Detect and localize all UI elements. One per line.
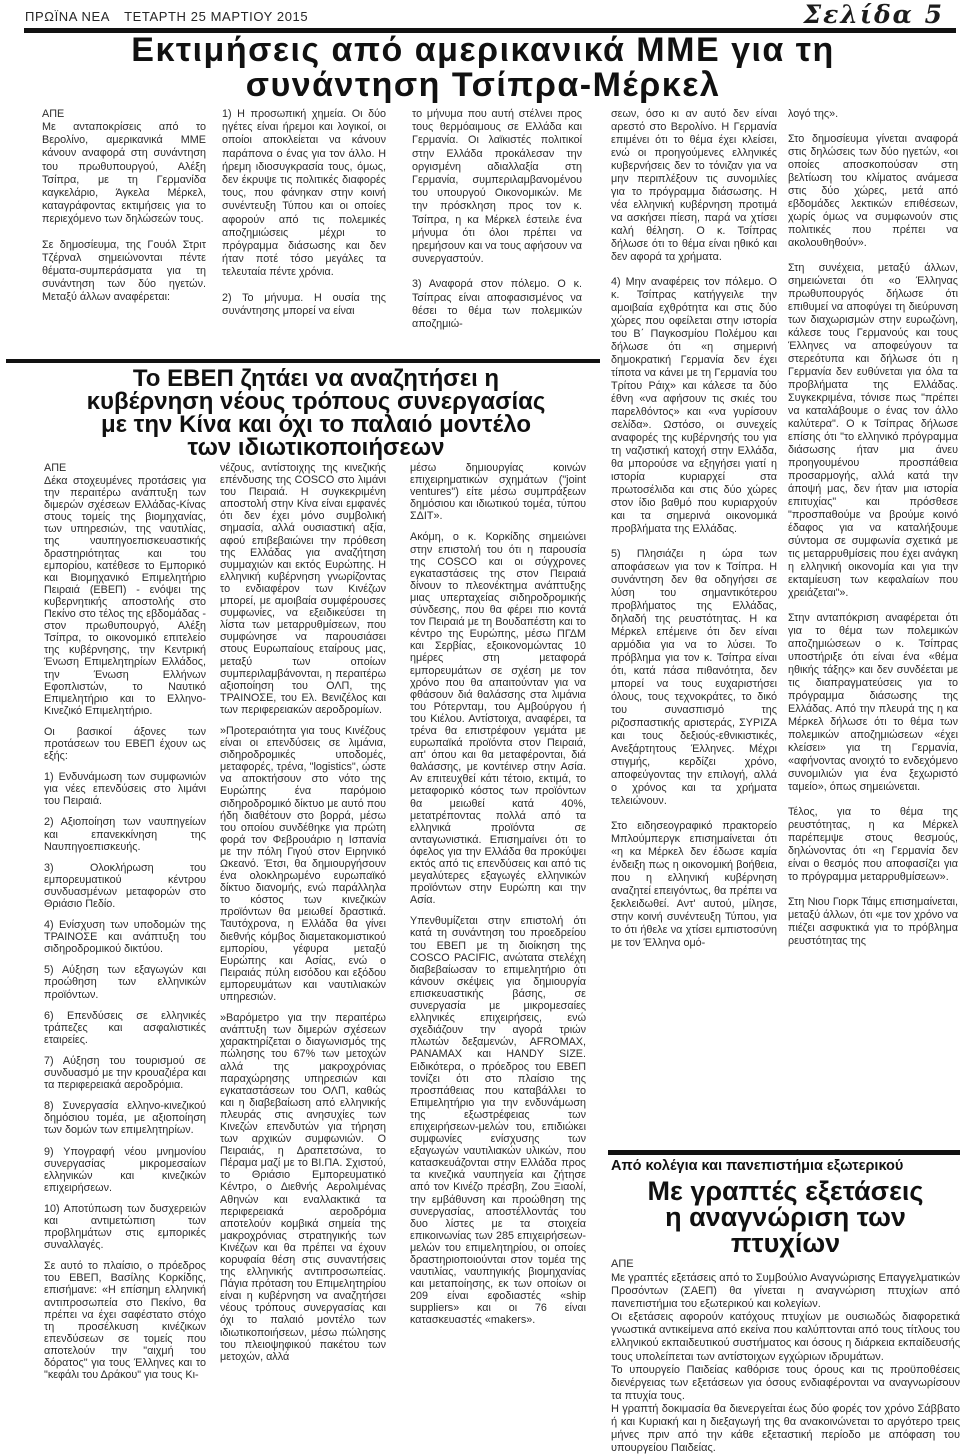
paragraph: λογό της».: [788, 108, 958, 121]
paragraph: Η γραπτή δοκιμασία θα διενεργείται έως δ…: [611, 1403, 960, 1455]
headline-line: η αναγνώριση των: [611, 1204, 960, 1230]
paragraph: Σε δημοσίευμα, της Γουόλ Στριτ Τζέρναλ σ…: [42, 239, 206, 305]
paragraph: 1) Η προσωπική χημεία. Οι δύο ηγέτες είν…: [222, 108, 386, 280]
ebep-column-2-text: νέζους, αντίστοιχης της κινεζικής επένδυ…: [220, 462, 386, 1363]
paragraph: 8) Συνεργασία ελληνο-κινεζικού δημόσιου …: [44, 1100, 206, 1136]
paragraph: 9) Υπογραφή νέου μνημονίου συνεργασίας μ…: [44, 1146, 206, 1194]
headline-line: των ιδιωτικοποιήσεων: [28, 436, 604, 459]
paragraph: Στο δημοσίευμα γίνεται αναφορά στις δηλώ…: [788, 133, 958, 250]
headline-line: κυβέρνηση νέους τρόπους συνεργασίας: [28, 390, 604, 413]
headline-line: Με γραπτές εξετάσεις: [611, 1178, 960, 1204]
headline-line: συνάντηση Τσίπρα-Μέρκελ: [16, 68, 950, 103]
merkel-byline: ΑΠΕ: [42, 108, 206, 121]
diploma-kicker: Από κολέγια και πανεπιστήμια εξωτερικού: [611, 1158, 960, 1174]
paragraph: 4) Ενίσχυση των υποδομών της ΤΡΑΙΝΟΣΕ κα…: [44, 919, 206, 955]
masthead: ΠΡΩΪΝΑ ΝΕΑΤΕΤΑΡΤΗ 25 ΜΑΡΤΙΟΥ 2015: [25, 9, 308, 24]
paragraph: 4) Μην αναφέρεις τον πόλεμο. Ο κ. Τσίπρα…: [611, 276, 777, 536]
merkel-column-1: ΑΠΕ Με ανταποκρίσεις από το Βερολίνο, αμ…: [42, 108, 206, 358]
diploma-body: Με γραπτές εξετάσεις από το Συμβούλιο Αν…: [611, 1272, 960, 1455]
ebep-column-1-text: Δέκα στοχευμένες προτάσεις για την περαι…: [44, 475, 206, 1381]
merkel-column-4: σεων, όσο κι αν αυτό δεν είναι αρεστό στ…: [611, 108, 777, 1148]
newspaper-page: ΠΡΩΪΝΑ ΝΕΑΤΕΤΑΡΤΗ 25 ΜΑΡΤΙΟΥ 2015 Σελίδα…: [0, 0, 960, 1455]
paragraph: 2) Αξιοποίηση των ναυπηγείων και επανεκκ…: [44, 816, 206, 852]
paragraph: νέζους, αντίστοιχης της κινεζικής επένδυ…: [220, 462, 386, 716]
paragraph: Δέκα στοχευμένες προτάσεις για την περαι…: [44, 475, 206, 717]
paragraph: »Βαρόμετρο για την περαιτέρω ανάπτυξη τω…: [220, 1012, 386, 1363]
paragraph: 5) Αύξηση των εξαγωγών και προώθηση των …: [44, 964, 206, 1000]
paragraph: 10) Αποτύπωση των δυσχερειών και αντιμετ…: [44, 1203, 206, 1251]
headline-line: πτυχίων: [611, 1230, 960, 1256]
ebep-column-2: νέζους, αντίστοιχης της κινεζικής επένδυ…: [220, 462, 386, 1455]
paragraph: Στη συνέχεια, μεταξύ άλλων, σημειώνεται …: [788, 262, 958, 600]
paragraph: Με ανταποκρίσεις από το Βερολίνο, αμερικ…: [42, 121, 206, 227]
paragraph: Οι εξετάσεις αφορούν κατόχους πτυχίων με…: [611, 1311, 960, 1363]
ebep-column-3: μέσω δημιουργίας κοινών επιχειρηματικών …: [410, 462, 586, 1455]
merkel-column-2: 1) Η προσωπική χημεία. Οι δύο ηγέτες είν…: [222, 108, 386, 358]
ebep-headline: Το ΕΒΕΠ ζητάει να αναζητήσει ηκυβέρνηση …: [28, 367, 604, 459]
paragraph: μέσω δημιουργίας κοινών επιχειρηματικών …: [410, 462, 586, 522]
paragraph: 3) Ολοκλήρωση του εμπορευματικού κέντρου…: [44, 862, 206, 910]
merkel-column-3-text: το μήνυμα που αυτή στέλνει προς τους θερ…: [412, 108, 582, 331]
headline-line: με την Κίνα και όχι το παλαιό μοντέλο: [28, 413, 604, 436]
paragraph: Το υπουργείο Παιδείας καθόρισε τους όρου…: [611, 1364, 960, 1403]
merkel-headline: Εκτιμήσεις από αμερικανικά ΜΜΕ για τησυν…: [16, 33, 950, 103]
diploma-byline: ΑΠΕ: [611, 1258, 634, 1270]
diploma-headline: Με γραπτές εξετάσειςη αναγνώριση τωνπτυχ…: [611, 1178, 960, 1256]
paragraph: 7) Αύξηση του τουρισμού σε συνδυασμό με …: [44, 1055, 206, 1091]
paragraph: 5) Πλησιάζει η ώρα των αποφάσεων για τον…: [611, 548, 777, 808]
paragraph: Στην ανταπόκριση αναφέρεται ότι για το θ…: [788, 612, 958, 794]
diploma-section-rule: [608, 1150, 960, 1155]
merkel-column-5-text: λογό της».Στο δημοσίευμα γίνεται αναφορά…: [788, 108, 958, 948]
paragraph: Υπενθυμίζεται στην επιστολή ότι κατά τη …: [410, 915, 586, 1326]
masthead-brand: ΠΡΩΪΝΑ ΝΕΑ: [25, 9, 110, 24]
paragraph: Τέλος, για το θέμα της ρευστότητας, η κα…: [788, 806, 958, 884]
ebep-section-rule: [6, 359, 600, 363]
merkel-column-5: λογό της».Στο δημοσίευμα γίνεται αναφορά…: [788, 108, 958, 1148]
paragraph: Σε αυτό το πλαίσιο, ο πρόεδρος του ΕΒΕΠ,…: [44, 1260, 206, 1381]
ebep-column-1: ΑΠΕ Δέκα στοχευμένες προτάσεις για την π…: [44, 462, 206, 1455]
paragraph: 2) Το μήνυμα. Η ουσία της συνάντησης μπο…: [222, 292, 386, 318]
headline-line: Το ΕΒΕΠ ζητάει να αναζητήσει η: [28, 367, 604, 390]
paragraph: σεων, όσο κι αν αυτό δεν είναι αρεστό στ…: [611, 108, 777, 264]
paragraph: Ακόμη, ο κ. Κορκίδης σημειώνει στην επισ…: [410, 531, 586, 906]
merkel-column-4-text: σεων, όσο κι αν αυτό δεν είναι αρεστό στ…: [611, 108, 777, 950]
merkel-column-3: το μήνυμα που αυτή στέλνει προς τους θερ…: [412, 108, 582, 358]
ebep-column-3-text: μέσω δημιουργίας κοινών επιχειρηματικών …: [410, 462, 586, 1327]
paragraph: Στο ειδησεογραφικό πρακτορείο Μπλούμπεργ…: [611, 820, 777, 950]
paragraph: 1) Ενδυνάμωση των συμφωνιών για νέες επε…: [44, 771, 206, 807]
paragraph: Στη Νιου Γιορκ Τάιμς επισημαίνεται, μετα…: [788, 896, 958, 948]
merkel-column-1-text: Με ανταποκρίσεις από το Βερολίνο, αμερικ…: [42, 121, 206, 305]
paragraph: 3) Αναφορά στον πόλεμο. Ο κ. Τσίπρας είν…: [412, 278, 582, 331]
merkel-column-2-text: 1) Η προσωπική χημεία. Οι δύο ηγέτες είν…: [222, 108, 386, 318]
ebep-byline: ΑΠΕ: [44, 462, 206, 475]
paragraph: Με γραπτές εξετάσεις από το Συμβούλιο Αν…: [611, 1272, 960, 1311]
headline-line: Εκτιμήσεις από αμερικανικά ΜΜΕ για τη: [16, 33, 950, 68]
diploma-body-text: Με γραπτές εξετάσεις από το Συμβούλιο Αν…: [611, 1272, 960, 1455]
paragraph: »Προτεραιότητα για τους Κινέζους είναι ο…: [220, 725, 386, 1003]
paragraph: 6) Επενδύσεις σε ελληνικές τράπεζες και …: [44, 1010, 206, 1046]
paragraph: το μήνυμα που αυτή στέλνει προς τους θερ…: [412, 108, 582, 266]
page-number-label: Σελίδα 5: [803, 0, 944, 29]
paragraph: Οι βασικοί άξονες των προτάσεων του ΕΒΕΠ…: [44, 726, 206, 762]
masthead-date: ΤΕΤΑΡΤΗ 25 ΜΑΡΤΙΟΥ 2015: [124, 9, 308, 24]
